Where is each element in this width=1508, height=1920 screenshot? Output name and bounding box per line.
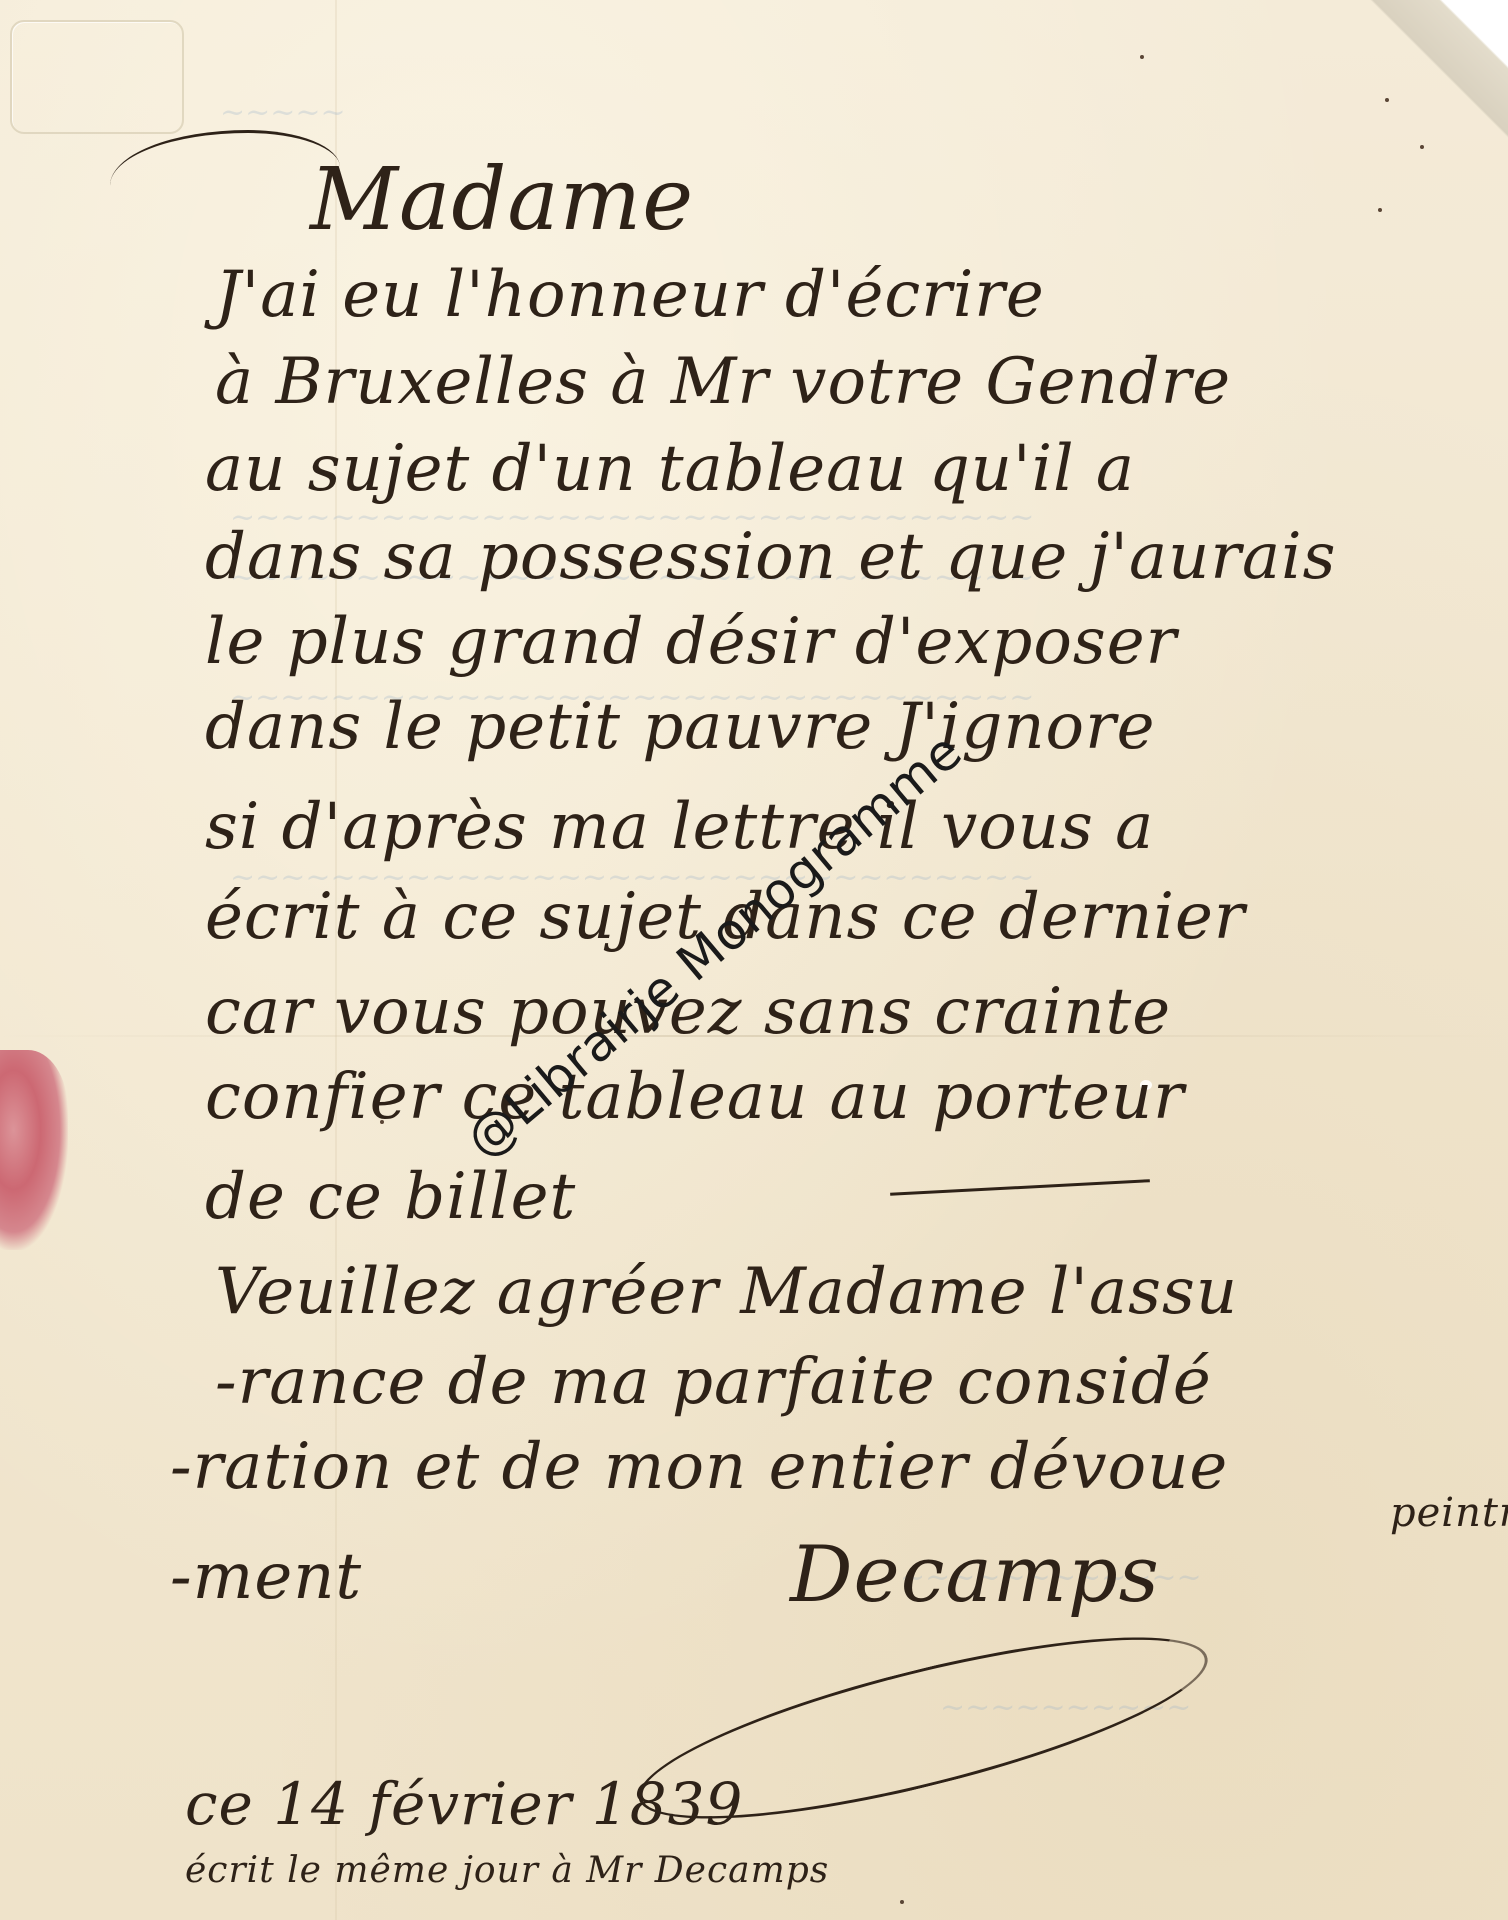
letter-line: à Bruxelles à Mr votre Gendre bbox=[215, 345, 1231, 419]
letter-line: le plus grand désir d'exposer bbox=[205, 605, 1177, 679]
letter-line: dans le petit pauvre J'ignore bbox=[205, 690, 1156, 764]
separator-stroke bbox=[890, 1179, 1150, 1196]
letter-line: confier ce tableau au porteur bbox=[205, 1060, 1185, 1134]
letter-line: -ment bbox=[170, 1540, 362, 1614]
signature-title: peintre bbox=[1390, 1490, 1508, 1536]
embossed-stamp bbox=[10, 20, 184, 134]
signature: Decamps bbox=[790, 1530, 1160, 1620]
letter-line: J'ai eu l'honneur d'écrire bbox=[215, 258, 1045, 332]
letter-date: ce 14 février 1839 bbox=[185, 1770, 743, 1838]
letter-line: au sujet d'un tableau qu'il a bbox=[205, 432, 1135, 506]
letter-line: Veuillez agréer Madame l'assu bbox=[215, 1255, 1238, 1329]
letter-page: ~~~~~ ~~~~~~~~~~~~~~~~~~~~~~~~~~~~~~~~ ~… bbox=[0, 0, 1508, 1920]
wax-seal-remnant bbox=[0, 1050, 68, 1250]
salutation-flourish bbox=[110, 130, 340, 223]
letter-line: dans sa possession et que j'aurais bbox=[205, 520, 1336, 594]
letter-line: -ration et de mon entier dévoue bbox=[170, 1430, 1228, 1504]
letter-line: si d'après ma lettre il vous a bbox=[205, 790, 1154, 864]
letter-line: de ce billet bbox=[205, 1160, 576, 1234]
folded-corner bbox=[1358, 0, 1508, 150]
annotation-note: écrit le même jour à Mr Decamps bbox=[185, 1850, 829, 1891]
letter-line: -rance de ma parfaite considé bbox=[215, 1345, 1212, 1419]
salutation: Madame bbox=[310, 150, 694, 250]
bleed-through-text: ~~~~~ bbox=[220, 95, 346, 130]
